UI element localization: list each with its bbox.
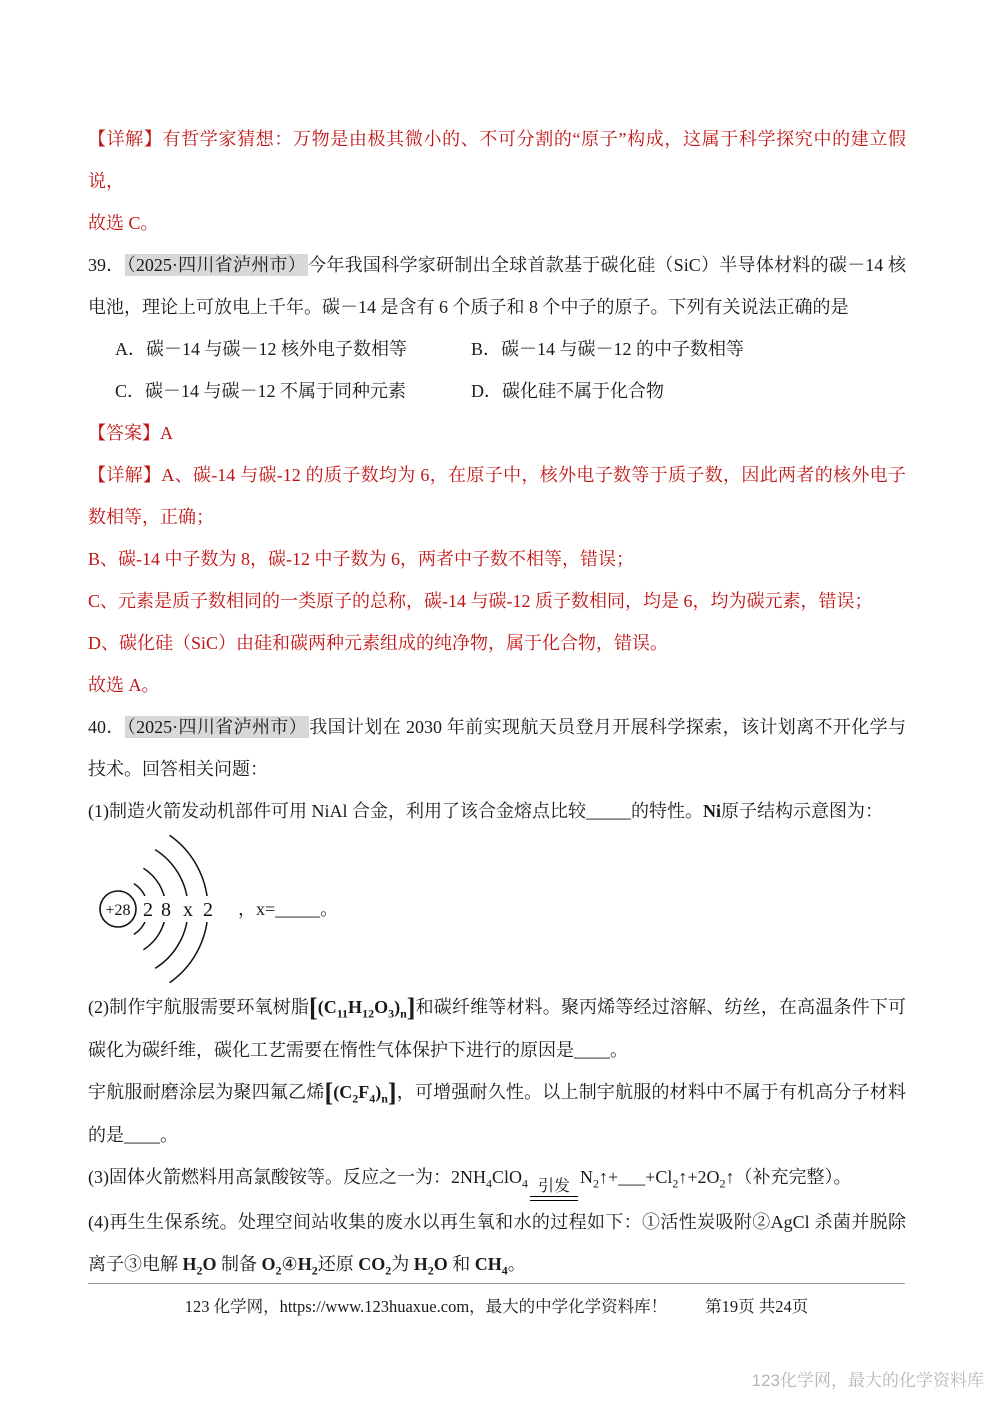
part1-text: (1)制造火箭发动机部件可用 NiAl 合金，利用了该合金熔点比较 — [88, 801, 586, 821]
co2-formula: CO2 — [358, 1254, 391, 1274]
page-content: 【详解】有哲学家猜想：万物是由极其微小的、不可分割的“原子”构成，这属于科学探究… — [88, 118, 906, 1285]
watermark: 123化学网，最大的化学资料库 — [752, 1366, 984, 1391]
shell-count-1: 2 — [143, 899, 153, 921]
option-b: B．碳－14 与碳－12 的中子数相等 — [471, 328, 906, 370]
blank-field: _____ — [586, 801, 631, 821]
option-a-text: 碳－14 与碳－12 核外电子数相等 — [146, 339, 407, 359]
q39-detail-b: B、碳-14 中子数为 8，碳-12 中子数为 6，两者中子数不相等，错误； — [88, 538, 906, 580]
q38-conclusion: 故选 C。 — [88, 202, 906, 244]
part1-mid: 的特性。 — [631, 801, 703, 821]
part4-text-1: 制备 — [217, 1254, 262, 1274]
option-d: D．碳化硅不属于化合物 — [471, 370, 906, 412]
option-b-text: 碳－14 与碳－12 的中子数相等 — [501, 339, 744, 359]
blank-field: ___ — [618, 1167, 645, 1187]
part4-text-3: 还原 — [318, 1254, 359, 1274]
h2-formula: H2 — [298, 1254, 318, 1274]
option-d-label: D． — [471, 381, 502, 401]
q40-part4: (4)再生生保系统。处理空间站收集的废水以再生氧和水的过程如下：①活性炭吸附②A… — [88, 1201, 906, 1285]
q40-source-tag: （2025·四川省泸州市） — [125, 716, 309, 738]
ni-symbol: Ni — [703, 801, 721, 821]
q39-detail-d: D、碳化硅（SiC）由硅和碳两种元素组成的纯净物，属于化合物，错误。 — [88, 622, 906, 664]
product-formula-2: +Cl2↑+2O2↑ — [645, 1167, 734, 1187]
page-footer: 123 化学网，https://www.123huaxue.com，最大的中学化… — [88, 1283, 905, 1317]
part4-text-6: 。 — [508, 1254, 526, 1274]
ptfe-formula: [(C2F4)n] — [325, 1082, 397, 1102]
reactant-formula: 2NH4ClO4 — [451, 1167, 528, 1187]
option-b-label: B． — [471, 339, 501, 359]
shell-count-2: 8 — [161, 899, 171, 921]
part2-lead: (2)制作宇航服需要环氧树脂 — [88, 997, 309, 1017]
q40-part2: (2)制作宇航服需要环氧树脂[(C11H12O3)n]和碳纤维等材料。聚丙烯等经… — [88, 986, 906, 1071]
blank-field: ____ — [124, 1125, 160, 1145]
reaction-condition: 引发 — [530, 1178, 578, 1201]
q38-detail: 【详解】有哲学家猜想：万物是由极其微小的、不可分割的“原子”构成，这属于科学探究… — [88, 118, 906, 202]
option-a: A．碳－14 与碳－12 核外电子数相等 — [115, 328, 471, 370]
part2b-lead: 宇航服耐磨涂层为聚四氟乙烯 — [88, 1082, 325, 1102]
q39-detail-c: C、元素是质子数相同的一类原子的总称，碳-14 与碳-12 质子数相同，均是 6… — [88, 580, 906, 622]
x-equals-text: ，x= — [238, 899, 275, 919]
q39-number: 39． — [88, 255, 125, 275]
q39-detail-a: 【详解】A、碳-14 与碳-12 的质子数均为 6，在原子中，核外电子数等于质子… — [88, 454, 906, 538]
product-formula-1: N2↑+ — [580, 1167, 618, 1187]
q39-conclusion: 故选 A。 — [88, 664, 906, 706]
q39-answer-line: 【答案】A — [88, 412, 906, 454]
period: 。 — [610, 1040, 628, 1060]
atom-x-equation: ，x=_____。 — [238, 834, 338, 984]
period: 。 — [320, 899, 338, 919]
q40-stem: 40．（2025·四川省泸州市）我国计划在 2030 年前实现航天员登月开展科学… — [88, 706, 906, 790]
detail-label: 【详解】 — [88, 465, 161, 485]
part4-text-5: 和 — [448, 1254, 475, 1274]
atom-diagram-row: +28 2 8 x 2 ，x=_____。 — [88, 834, 906, 984]
option-c-text: 碳－14 与碳－12 不属于同种元素 — [145, 381, 406, 401]
q40-part1: (1)制造火箭发动机部件可用 NiAl 合金，利用了该合金熔点比较_____的特… — [88, 790, 906, 832]
q39-stem: 39．（2025·四川省泸州市）今年我国科学家研制出全球首款基于碳化硅（SiC）… — [88, 244, 906, 328]
q40-part3: (3)固体火箭燃料用高氯酸铵等。反应之一为：2NH4ClO4引发N2↑+___+… — [88, 1156, 906, 1201]
part1-suffix: 原子结构示意图为： — [721, 801, 883, 821]
option-c-label: C． — [115, 381, 145, 401]
q39-options-row-2: C．碳－14 与碳－12 不属于同种元素 D．碳化硅不属于化合物 — [88, 370, 906, 412]
condition-text: 引发 — [538, 1178, 570, 1196]
ni-atom-diagram: +28 2 8 x 2 — [88, 834, 238, 984]
h2o-formula-2: H2O — [414, 1254, 448, 1274]
detail-a-text: A、碳-14 与碳-12 的质子数均为 6，在原子中，核外电子数等于质子数，因此… — [88, 465, 906, 527]
shell-count-4: 2 — [203, 899, 213, 921]
epoxy-resin-formula: [(C11H12O3)n] — [309, 997, 415, 1017]
blank-field: _____ — [275, 899, 320, 919]
option-c: C．碳－14 与碳－12 不属于同种元素 — [115, 370, 471, 412]
part4-text-2: ④ — [282, 1254, 298, 1274]
document-page: 【详解】有哲学家猜想：万物是由极其微小的、不可分割的“原子”构成，这属于科学探究… — [0, 0, 992, 1403]
part3-tail: （补充完整）。 — [735, 1167, 852, 1187]
ch4-formula: CH4 — [475, 1254, 508, 1274]
q40-number: 40． — [88, 717, 125, 737]
h2o-formula: H2O — [183, 1254, 217, 1274]
shell-count-3: x — [183, 899, 193, 921]
q39-source-tag: （2025·四川省泸州市） — [125, 254, 309, 276]
q39-options-row-1: A．碳－14 与碳－12 核外电子数相等 B．碳－14 与碳－12 的中子数相等 — [88, 328, 906, 370]
option-a-label: A． — [115, 339, 146, 359]
answer-label: 【答案】 — [88, 423, 160, 443]
part3-lead: (3)固体火箭燃料用高氯酸铵等。反应之一为： — [88, 1167, 451, 1187]
nucleus-charge: +28 — [105, 902, 130, 919]
option-d-text: 碳化硅不属于化合物 — [502, 381, 664, 401]
o2-formula: O2 — [262, 1254, 282, 1274]
footer-site-text: 123 化学网，https://www.123huaxue.com，最大的中学化… — [185, 1297, 667, 1316]
page-number: 第19页 共24页 — [705, 1297, 808, 1316]
part4-text-4: 为 — [391, 1254, 414, 1274]
detail-label: 【详解】 — [88, 129, 163, 149]
q40-part2b: 宇航服耐磨涂层为聚四氟乙烯[(C2F4)n]，可增强耐久性。以上制宇航服的材料中… — [88, 1071, 906, 1156]
answer-value: A — [160, 423, 173, 443]
period: 。 — [160, 1125, 178, 1145]
detail-text: 有哲学家猜想：万物是由极其微小的、不可分割的“原子”构成，这属于科学探究中的建立… — [88, 129, 906, 191]
blank-field: ____ — [574, 1040, 610, 1060]
